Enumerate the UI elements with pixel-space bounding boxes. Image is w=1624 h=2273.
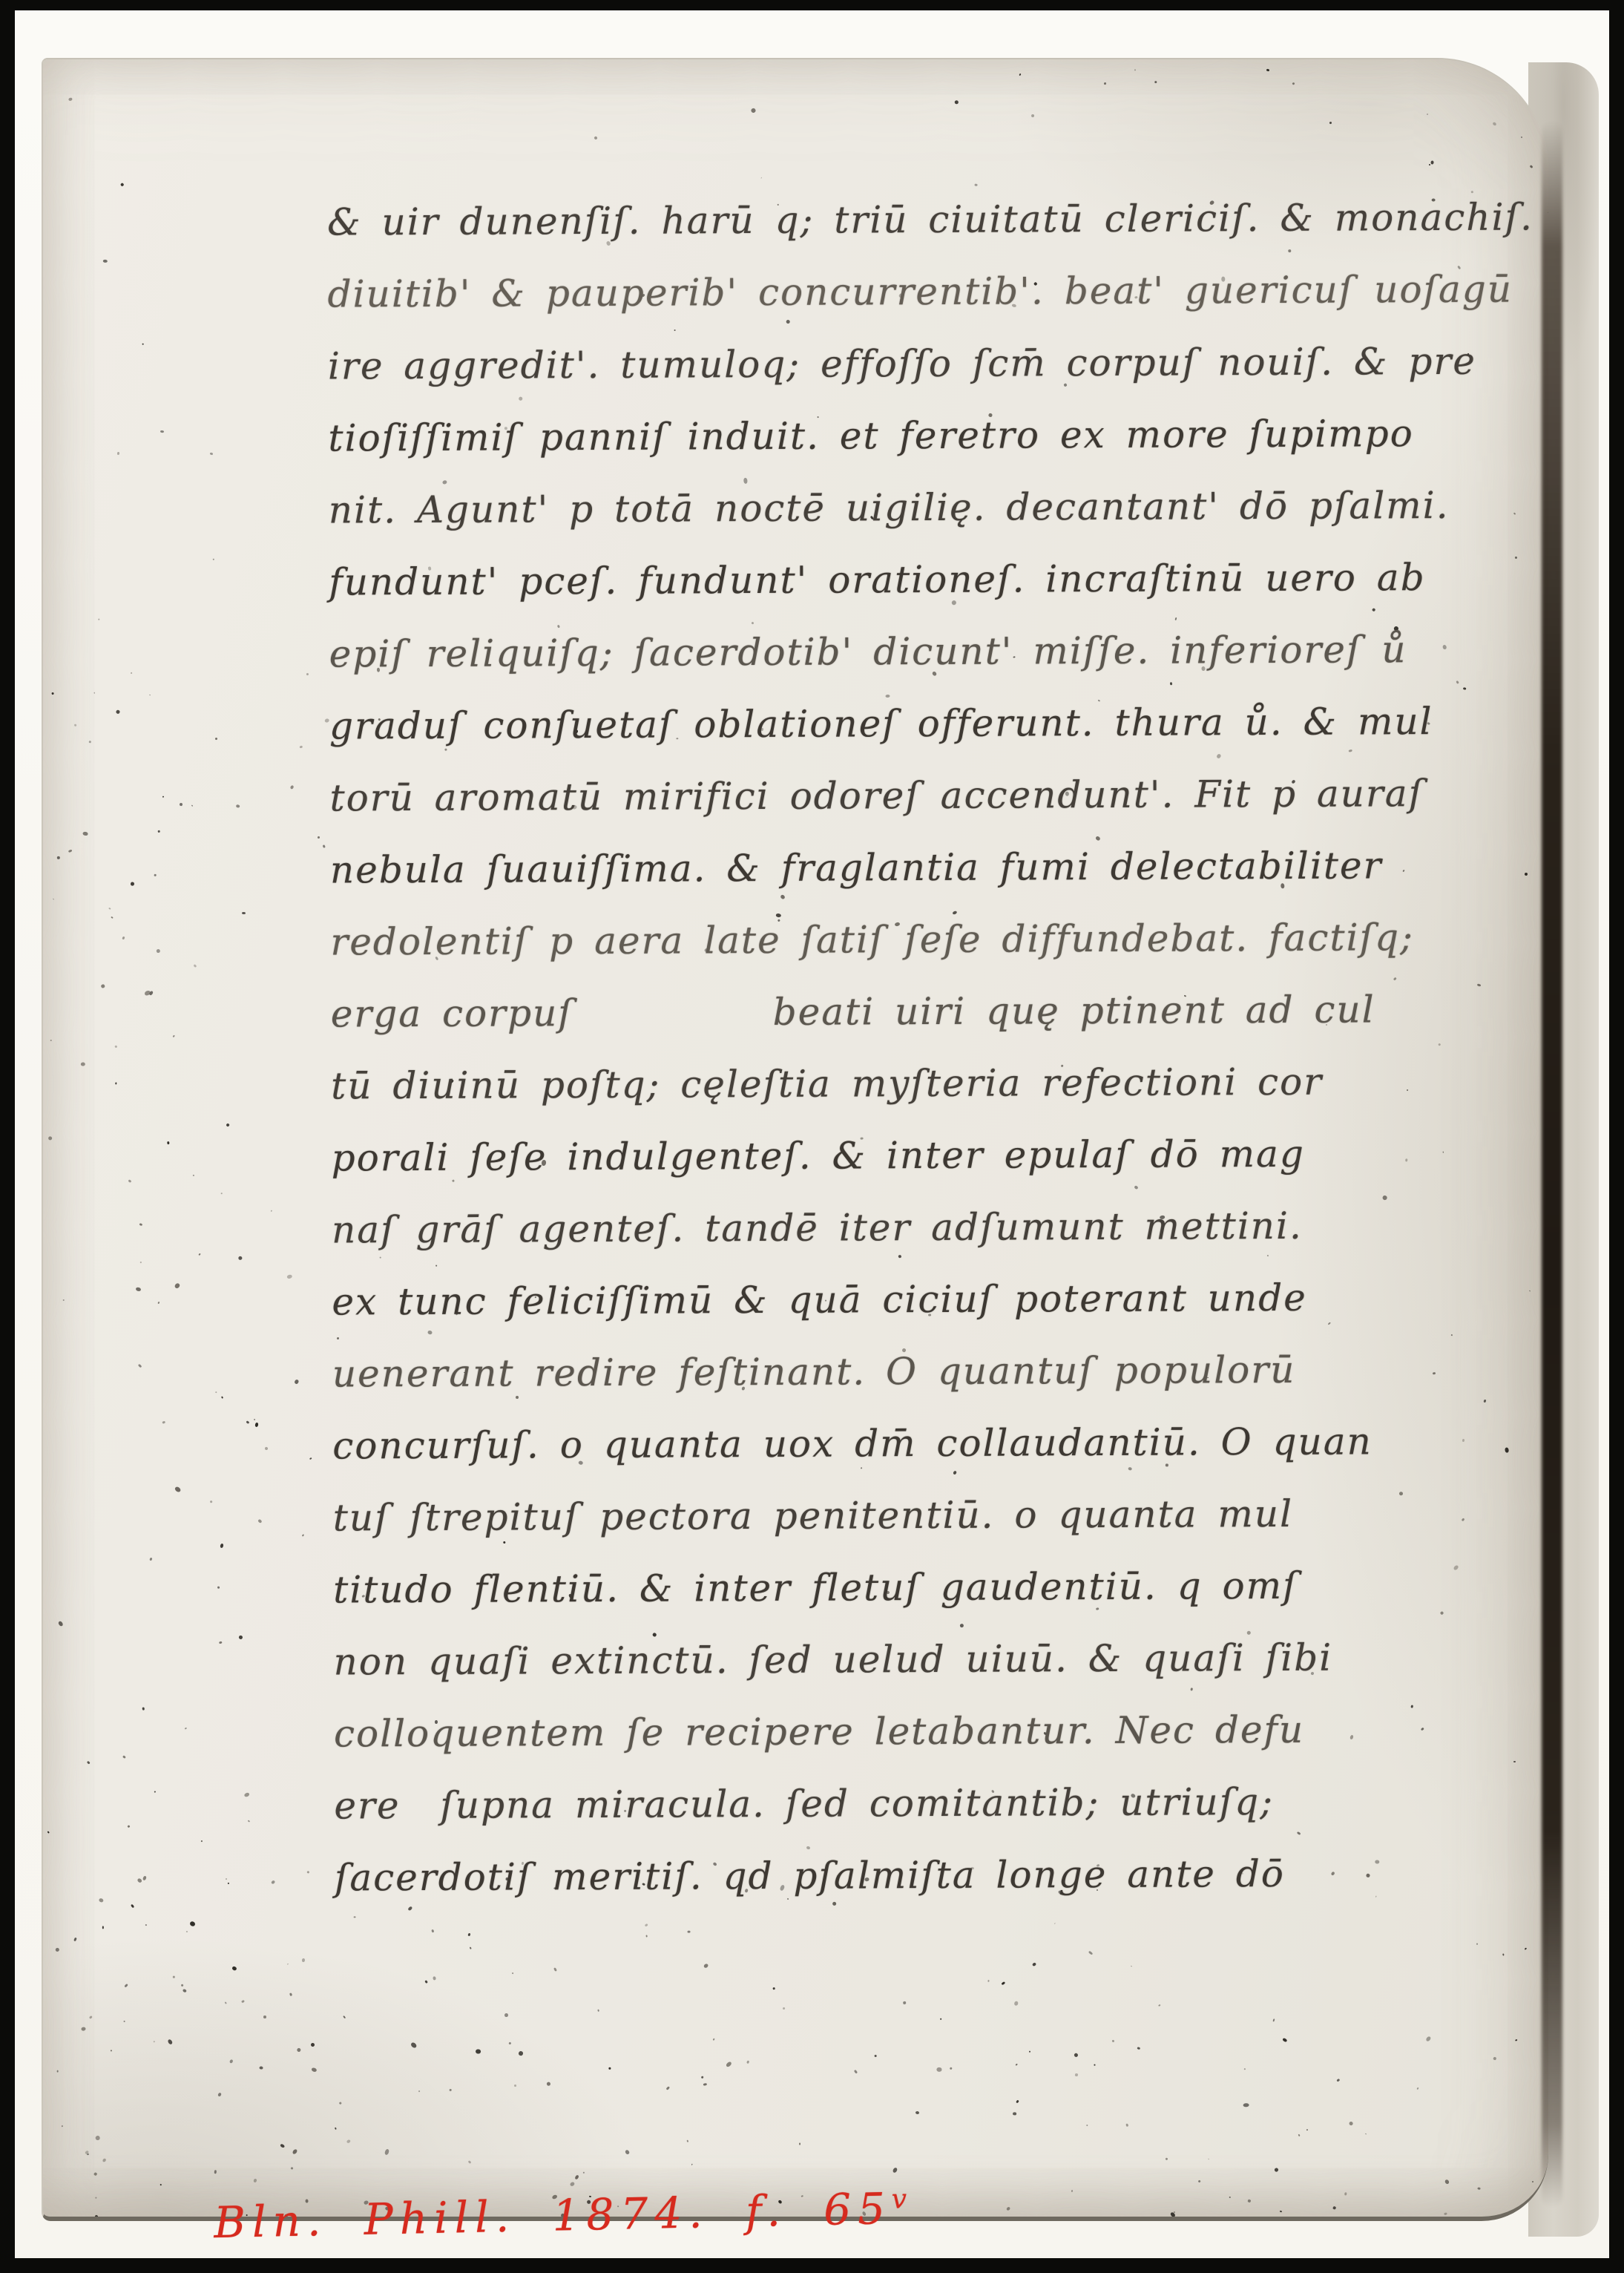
- manuscript-line: ere ſupna miracula. ſed comitantib; utri…: [334, 1765, 1533, 1842]
- manuscript-line: fundunt' pceſ. fundunt' orationeſ. incra…: [329, 541, 1528, 618]
- manuscript-line: tū diuinū poſtq; cęleſtia myſteria refec…: [331, 1045, 1531, 1122]
- manuscript-line: nit. Agunt' p totā noctē uigilię. decant…: [329, 469, 1528, 546]
- manuscript-line: ex tunc feliciſſimū & quā ciciuſ poteran…: [332, 1261, 1531, 1338]
- manuscript-line: redolentiſ p aera late ſatiſ ſeſe diffun…: [330, 901, 1530, 978]
- shelfmark-superscript: v: [891, 2184, 908, 2214]
- gutter-shadow: [1542, 122, 1562, 2207]
- manuscript-line: non quaſi extinctū. ſed uelud uiuū. & qu…: [333, 1621, 1533, 1698]
- manuscript-line: graduſ conſuetaſ oblationeſ offerunt. th…: [329, 685, 1529, 762]
- manuscript-line: ire aggredit'. tumuloq; effoſſo ſcm̄ cor…: [328, 325, 1528, 402]
- manuscript-line: naſ grāſ agenteſ. tandē iter adſumunt me…: [332, 1189, 1531, 1266]
- manuscript-text-block: & uir dunenſiſ. harū q; triū ciuitatū cl…: [327, 181, 1534, 1914]
- manuscript-line-erased: erga corpuſ beati uiri quę ptinent ad cu…: [331, 973, 1531, 1050]
- manuscript-line: concurſuſ. o quanta uox dm̄ collaudantiū…: [332, 1405, 1532, 1482]
- manuscript-line: diuitib' & pauperib' concurrentib'. beat…: [327, 253, 1527, 330]
- manuscript-line: tioſiſſimiſ panniſ induit. et feretro ex…: [328, 397, 1528, 474]
- manuscript-line: torū aromatū mirifici odoreſ accendunt'.…: [329, 757, 1529, 834]
- manuscript-line: epiſ reliquiſq; ſacerdotib' dicunt' miſſ…: [329, 613, 1528, 690]
- manuscript-line: uenerant redire feſtinant. O quantuſ pop…: [332, 1333, 1532, 1410]
- manuscript-line: titudo flentiū. & inter fletuſ gaudentiū…: [333, 1549, 1533, 1626]
- manuscript-line: & uir dunenſiſ. harū q; triū ciuitatū cl…: [327, 181, 1527, 258]
- manuscript-line: colloquentem ſe recipere letabantur. Nec…: [334, 1693, 1533, 1770]
- shelfmark-annotation: Bln. Phill. 1874. f. 65v: [213, 2164, 909, 2250]
- manuscript-photograph: { "page": { "lines": [ "& uir dunenſiſ. …: [0, 0, 1624, 2273]
- photo-print: & uir dunenſiſ. harū q; triū ciuitatū cl…: [15, 10, 1609, 2258]
- manuscript-line: ſacerdotiſ meritiſ. qd pſalmiſta longe a…: [335, 1837, 1534, 1914]
- shelfmark-text: Bln. Phill. 1874. f. 65: [214, 2183, 892, 2248]
- manuscript-line: tuſ ſtrepituſ pectora penitentiū. o quan…: [333, 1477, 1533, 1554]
- manuscript-line: porali ſeſe indulgenteſ. & inter epulaſ …: [331, 1117, 1531, 1194]
- parchment-page: & uir dunenſiſ. harū q; triū ciuitatū cl…: [42, 58, 1548, 2221]
- manuscript-line: nebula ſuauiſſima. & fraglantia fumi del…: [330, 829, 1530, 906]
